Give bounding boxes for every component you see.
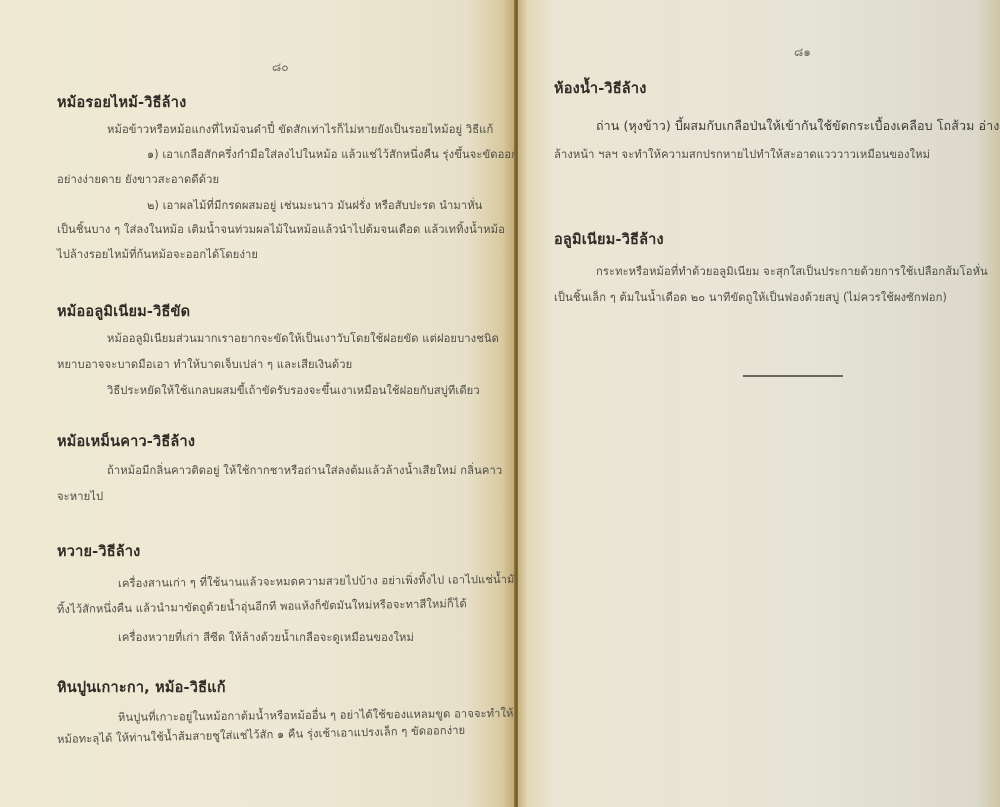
paragraph-line: เครื่องหวายที่เก่า สีซีด ให้ล้างด้วยน้ำเ… [118, 628, 414, 646]
right-page: ๘๑ ห้องน้ำ-วิธีล้าง ถ่าน (หุงข้าว) บี้ผส… [518, 0, 1000, 807]
section-heading: หม้อรอยไหม้-วิธีล้าง [57, 91, 186, 114]
book-spread: ๘๐ หม้อรอยไหม้-วิธีล้าง หม้อข้าวหรือหม้อ… [0, 0, 1000, 807]
paragraph-line: หยาบอาจจะบาดมือเอา ทำให้บาดเจ็บเปล่า ๆ แ… [57, 355, 352, 373]
page-number-left: ๘๐ [272, 58, 289, 77]
left-page: ๘๐ หม้อรอยไหม้-วิธีล้าง หม้อข้าวหรือหม้อ… [0, 0, 518, 807]
paragraph-line: ๒) เอาผลไม้ที่มีกรดผสมอยู่ เช่นมะนาว มัน… [147, 196, 482, 214]
section-heading: อลูมิเนียม-วิธีล้าง [554, 228, 664, 251]
paragraph-line: ไปล้างรอยไหม้ที่ก้นหม้อจะออกได้โดยง่าย [57, 245, 258, 263]
section-heading: หวาย-วิธีล้าง [57, 540, 140, 563]
paragraph-line: กระทะหรือหม้อที่ทำด้วยอลูมิเนียม จะสุกใส… [596, 262, 988, 280]
paragraph-line: ๑) เอาเกลือสักครึ่งกำมือใส่ลงไปในหม้อ แล… [147, 145, 518, 163]
section-heading: ห้องน้ำ-วิธีล้าง [554, 77, 647, 100]
paragraph-line: เป็นชิ้นเล็ก ๆ ต้มในน้ำเดือด ๒๐ นาทีขัดถ… [554, 288, 947, 306]
section-heading: หม้อเหม็นคาว-วิธีล้าง [57, 430, 195, 453]
paragraph-line: หม้อข้าวหรือหม้อแกงที่ไหม้จนดำปี๋ ขัดสัก… [107, 120, 493, 138]
paragraph-line: เป็นชิ้นบาง ๆ ใส่ลงในหม้อ เติมน้ำจนท่วมผ… [57, 220, 505, 238]
section-heading: หินปูนเกาะกา, หม้อ-วิธีแก้ [57, 676, 226, 699]
paragraph-line: อย่างง่ายดาย ยังขาวสะอาดดีด้วย [57, 170, 219, 188]
paragraph-line: หม้ออลูมิเนียมส่วนมากเราอยากจะขัดให้เป็น… [107, 329, 499, 347]
section-heading: หม้ออลูมิเนียม-วิธีขัด [57, 300, 190, 323]
paragraph-line: เครื่องสานเก่า ๆ ที่ใช้นานแล้วจะหมดความส… [118, 570, 518, 592]
paragraph-line: จะหายไป [57, 487, 103, 505]
paragraph-line: ถ้าหม้อมีกลิ่นคาวติดอยู่ ให้ใช้กากชาหรือ… [107, 461, 502, 479]
page-number-right: ๘๑ [794, 43, 811, 62]
end-divider-rule [743, 375, 843, 377]
paragraph-line: ล้างหน้า ฯลฯ จะทำให้ความสกปรกหายไปทำให้ส… [554, 145, 930, 163]
paragraph-line: ถ่าน (หุงข้าว) บี้ผสมกับเกลือป่นให้เข้าก… [596, 116, 999, 136]
paragraph-line: วิธีประหยัดให้ใช้แกลบผสมขี้เถ้าขัดรับรอง… [107, 381, 480, 399]
paragraph-line: ทิ้งไว้สักหนึ่งคืน แล้วนำมาขัดถูด้วยน้ำอ… [57, 594, 467, 618]
